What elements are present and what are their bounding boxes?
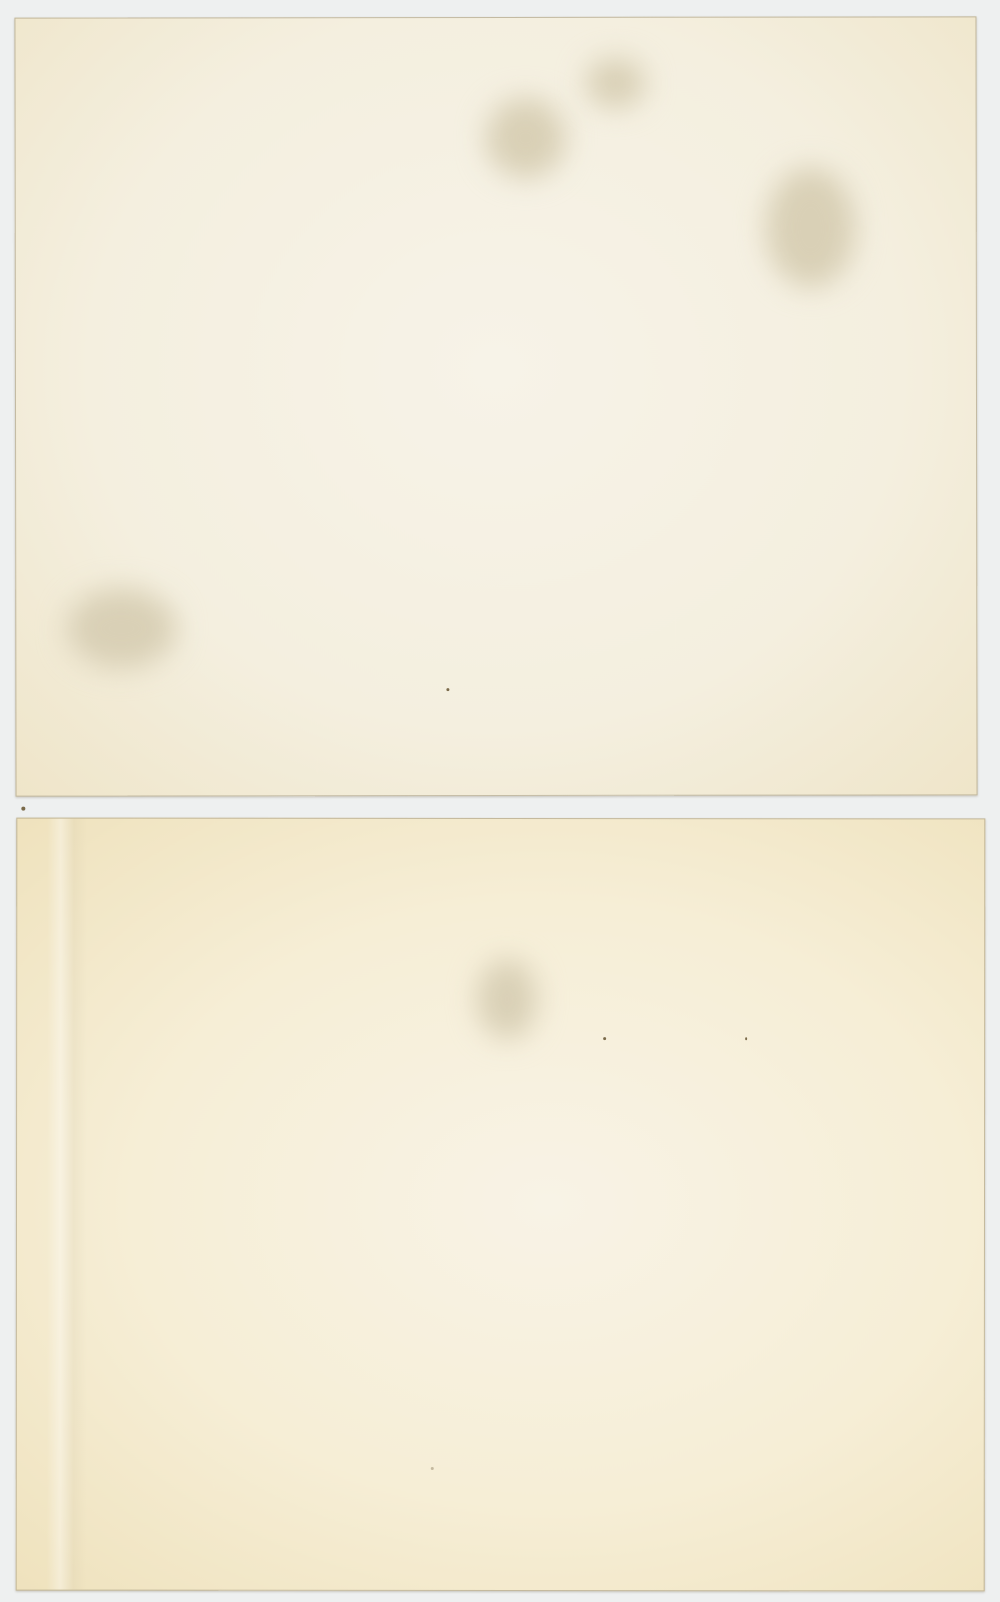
stain-mark bbox=[66, 588, 176, 668]
stain-mark bbox=[486, 98, 566, 178]
stain-mark bbox=[766, 167, 856, 287]
speck bbox=[21, 807, 25, 811]
stain-mark bbox=[477, 959, 537, 1039]
speck bbox=[431, 1467, 434, 1470]
paper-crease bbox=[47, 819, 88, 1590]
speck bbox=[745, 1037, 747, 1040]
stain-mark bbox=[586, 58, 646, 108]
speck bbox=[446, 688, 449, 691]
paper-sheet-top bbox=[14, 16, 977, 796]
paper-sheet-bottom bbox=[16, 818, 986, 1592]
speck bbox=[603, 1037, 606, 1040]
